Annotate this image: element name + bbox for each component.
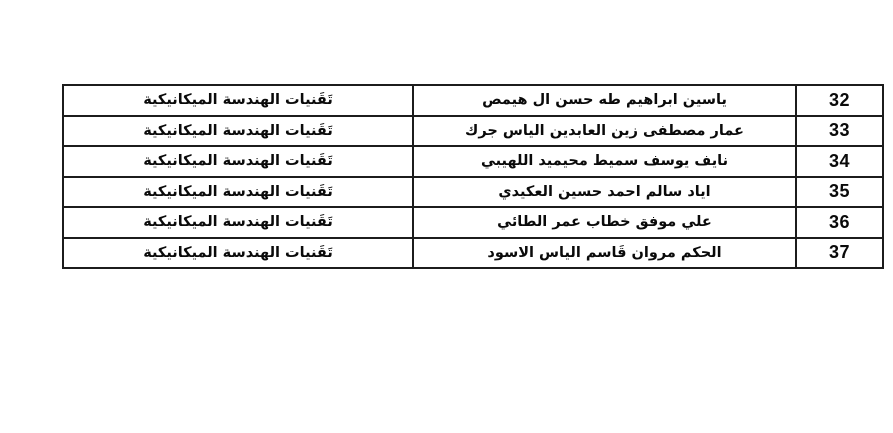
table-body: 32 ياسين ابراهيم طه حسن ال هيمص تَقَنيات… xyxy=(63,85,883,268)
students-list-table: 32 ياسين ابراهيم طه حسن ال هيمص تَقَنيات… xyxy=(62,84,884,269)
row-number-cell: 35 xyxy=(796,177,883,208)
table-row: 37 الحكم مروان قَاسم الياس الاسود تَقَني… xyxy=(63,238,883,269)
student-name-cell: الحكم مروان قَاسم الياس الاسود xyxy=(413,238,796,269)
row-number-cell: 33 xyxy=(796,116,883,147)
table-row: 34 نايف يوسف سميط محيميد اللهيبي تَقَنيا… xyxy=(63,146,883,177)
row-number-cell: 34 xyxy=(796,146,883,177)
scanned-document-page: 32 ياسين ابراهيم طه حسن ال هيمص تَقَنيات… xyxy=(0,0,893,433)
row-number-cell: 37 xyxy=(796,238,883,269)
table-row: 35 اياد سالم احمد حسين العكيدي تَقَنيات … xyxy=(63,177,883,208)
department-cell: تَقَنيات الهندسة الميكانيكية xyxy=(63,177,413,208)
row-number-cell: 32 xyxy=(796,85,883,116)
student-name-cell: علي موفق خطاب عمر الطائي xyxy=(413,207,796,238)
department-cell: تَقَنيات الهندسة الميكانيكية xyxy=(63,85,413,116)
department-cell: تَقَنيات الهندسة الميكانيكية xyxy=(63,207,413,238)
department-cell: تَقَنيات الهندسة الميكانيكية xyxy=(63,238,413,269)
row-number-cell: 36 xyxy=(796,207,883,238)
student-name-cell: نايف يوسف سميط محيميد اللهيبي xyxy=(413,146,796,177)
department-cell: تَقَنيات الهندسة الميكانيكية xyxy=(63,146,413,177)
student-name-cell: اياد سالم احمد حسين العكيدي xyxy=(413,177,796,208)
student-name-cell: عمار مصطفى زين العابدين الياس جرك xyxy=(413,116,796,147)
table-row: 33 عمار مصطفى زين العابدين الياس جرك تَق… xyxy=(63,116,883,147)
department-cell: تَقَنيات الهندسة الميكانيكية xyxy=(63,116,413,147)
table-row: 36 علي موفق خطاب عمر الطائي تَقَنيات اله… xyxy=(63,207,883,238)
student-name-cell: ياسين ابراهيم طه حسن ال هيمص xyxy=(413,85,796,116)
table-row: 32 ياسين ابراهيم طه حسن ال هيمص تَقَنيات… xyxy=(63,85,883,116)
